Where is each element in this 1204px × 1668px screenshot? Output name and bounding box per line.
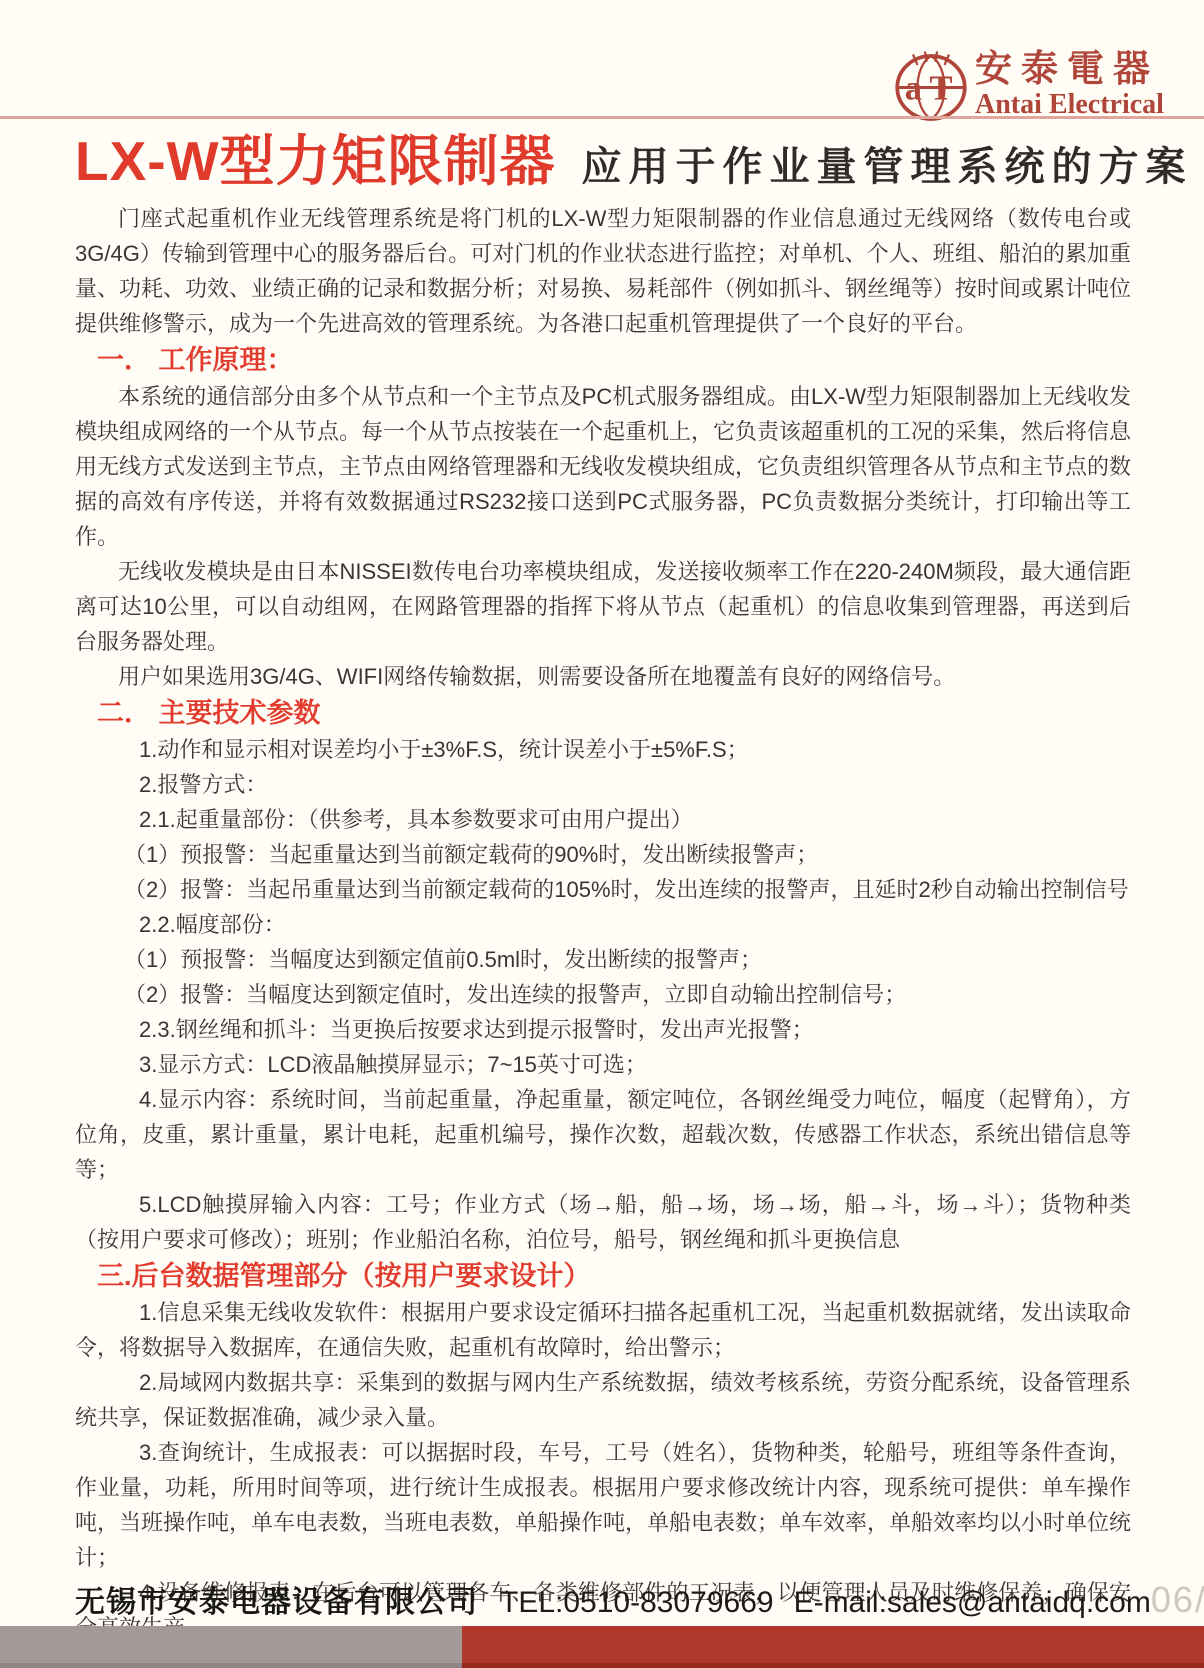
brand-block: a T 安泰電器 Antai Electrical [893, 50, 1164, 122]
spec-item: 4.显示内容：系统时间，当前起重量，净起重量，额定吨位，各钢丝绳受力吨位，幅度（… [75, 1082, 1131, 1187]
svg-text:a: a [905, 70, 922, 108]
brand-name-cn: 安泰電器 [975, 50, 1164, 90]
paragraph: 本系统的通信部分由多个从节点和一个主节点及PC机式服务器组成。由LX-W型力矩限… [75, 379, 1131, 554]
intro-paragraph: 门座式起重机作业无线管理系统是将门机的LX-W型力矩限制器的作业信息通过无线网络… [75, 201, 1131, 341]
footer: 无锡市安泰电器设备有限公司 TEL:0510-83079669 E-mail:s… [75, 1577, 1168, 1621]
footer-email: E-mail:sales@antaidq.com [794, 1586, 1151, 1620]
spec-item: （2）报警：当幅度达到额定值时，发出连续的报警声，立即自动输出控制信号； [75, 977, 1131, 1012]
section-heading-2: 二． 主要技术参数 [75, 695, 1131, 731]
bottom-bar-gray-segment [0, 1626, 462, 1668]
header-divider [0, 116, 1204, 119]
paragraph: 2.局域网内数据共享：采集到的数据与网内生产系统数据，绩效考核系统，劳资分配系统… [75, 1365, 1131, 1435]
title-product-name: LX-W型力矩限制器 [75, 126, 556, 196]
spec-item: 2.报警方式： [75, 767, 1131, 802]
spec-item: 1.动作和显示相对误差均小于±3%F.S，统计误差小于±5%F.S； [75, 732, 1131, 767]
spec-item: 2.3.钢丝绳和抓斗：当更换后按要求达到提示报警时，发出声光报警； [75, 1012, 1131, 1047]
svg-text:T: T [930, 70, 953, 108]
page-title: LX-W型力矩限制器 应用于作业量管理系统的方案 [75, 126, 1135, 196]
page-number: 06/07 [1151, 1579, 1204, 1621]
section-heading-1: 一． 工作原理： [75, 342, 1131, 378]
paragraph: 3.查询统计，生成报表：可以据据时段，车号，工号（姓名），货物种类，轮船号，班组… [75, 1435, 1131, 1575]
paragraph: 无线收发模块是由日本NISSEI数传电台功率模块组成，发送接收频率工作在220-… [75, 554, 1131, 659]
spec-item: 5.LCD触摸屏输入内容：工号；作业方式（场→船，船→场，场→场，船→斗，场→斗… [75, 1187, 1131, 1257]
footer-company-name: 无锡市安泰电器设备有限公司 [75, 1577, 478, 1621]
paragraph: 1.信息采集无线收发软件：根据用户要求设定循环扫描各起重机工况，当起重机数据就绪… [75, 1295, 1131, 1365]
spec-item: （2）报警：当起吊重量达到当前额定载荷的105%时，发出连续的报警声，且延时2秒… [75, 872, 1131, 907]
footer-telephone: TEL:0510-83079669 [500, 1586, 774, 1620]
bottom-bar-red-segment [462, 1626, 1204, 1668]
section-heading-3: 三.后台数据管理部分（按用户要求设计） [75, 1258, 1131, 1294]
title-subtitle: 应用于作业量管理系统的方案 [582, 135, 1193, 192]
spec-item: 2.2.幅度部份： [75, 907, 1131, 942]
spec-item: （1）预报警：当幅度达到额定值前0.5ml时，发出断续的报警声； [75, 942, 1131, 977]
document-page: a T 安泰電器 Antai Electrical LX-W型力矩限制器 应用于… [0, 0, 1204, 1668]
document-body: 门座式起重机作业无线管理系统是将门机的LX-W型力矩限制器的作业信息通过无线网络… [75, 201, 1131, 1645]
bottom-color-bar [0, 1626, 1204, 1668]
antai-globe-logo-icon: a T [893, 50, 969, 122]
spec-item: 2.1.起重量部份：（供参考，具本参数要求可由用户提出） [75, 802, 1131, 837]
spec-item: （1）预报警：当起重量达到当前额定载荷的90%时，发出断续报警声； [75, 837, 1131, 872]
paragraph: 用户如果选用3G/4G、WIFI网络传输数据，则需要设备所在地覆盖有良好的网络信… [75, 659, 1131, 694]
spec-item: 3.显示方式：LCD液晶触摸屏显示；7~15英寸可选； [75, 1047, 1131, 1082]
